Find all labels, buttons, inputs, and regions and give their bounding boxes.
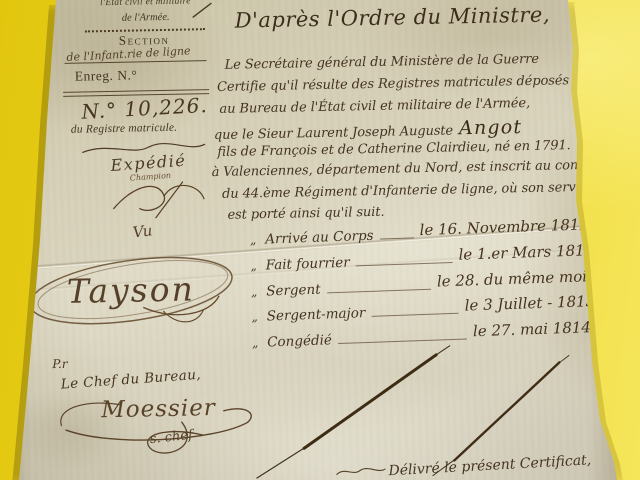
document-paper: l'État civil et militaire de l'Armée. Se… [0, 0, 640, 480]
photograph: l'État civil et militaire de l'Armée. Se… [0, 0, 640, 480]
photo-vignette [0, 0, 640, 480]
